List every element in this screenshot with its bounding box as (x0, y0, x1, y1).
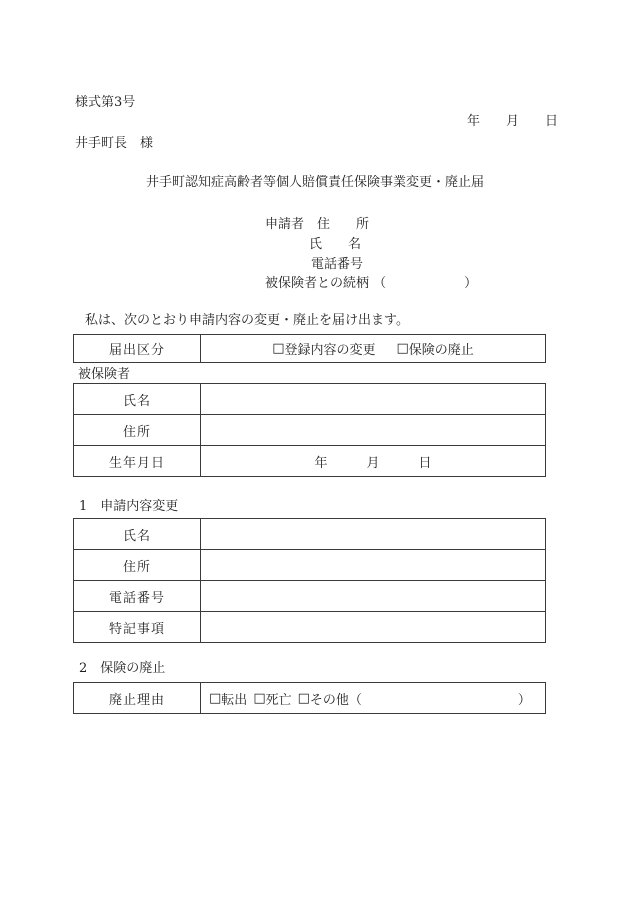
insured-table: 氏名 住所 生年月日 年 月 日 (73, 383, 546, 477)
option-label: 転出 (221, 689, 247, 708)
table-row: 氏名 (74, 384, 545, 414)
option-registration-change: □登録内容の変更 (272, 339, 375, 358)
change-notes-value (201, 612, 545, 642)
checkbox-unchecked-icon: □ (298, 691, 310, 706)
insured-name-label: 氏名 (74, 384, 201, 414)
cancel-reason-label: 廃止理由 (74, 683, 201, 713)
change-address-value (201, 550, 545, 580)
applicant-phone-line: 電話番号 (311, 258, 363, 272)
applicant-name-line: 氏 名 (309, 238, 361, 252)
table-row: 氏名 (74, 519, 545, 549)
insured-birthdate-label: 生年月日 (74, 446, 201, 476)
option-label: 保険の廃止 (409, 339, 474, 358)
option-insurance-cancel: □保険の廃止 (397, 339, 474, 358)
change-address-label: 住所 (74, 550, 201, 580)
option-label: その他（ ） (310, 689, 531, 708)
insured-name-value (201, 384, 545, 414)
table-row: 住所 (74, 549, 545, 580)
table-row: 生年月日 年 月 日 (74, 445, 545, 476)
option-label: 死亡 (266, 689, 292, 708)
insured-birthdate-value: 年 月 日 (201, 446, 545, 476)
form-title: 井手町認知症高齢者等個人賠償責任保険事業変更・廃止届 (0, 176, 630, 190)
change-notes-label: 特記事項 (74, 612, 201, 642)
form-number: 様式第3号 (75, 96, 135, 110)
declaration-statement: 私は、次のとおり申請内容の変更・廃止を届け出ます。 (85, 314, 409, 328)
change-phone-label: 電話番号 (74, 581, 201, 611)
notification-type-table: 届出区分 □登録内容の変更 □保険の廃止 (73, 334, 546, 363)
change-name-value (201, 519, 545, 549)
cancel-section-heading: 2 保険の廃止 (79, 662, 165, 676)
notification-type-label: 届出区分 (74, 335, 201, 362)
applicant-relationship-line: 被保険者との続柄 （ ） (265, 277, 477, 291)
table-row: 届出区分 □登録内容の変更 □保険の廃止 (74, 335, 545, 362)
insured-address-value (201, 415, 545, 445)
option-death: □死亡 (253, 689, 291, 708)
notification-type-options: □登録内容の変更 □保険の廃止 (201, 335, 545, 362)
applicant-address-line: 申請者 住 所 (265, 218, 369, 232)
table-row: 電話番号 (74, 580, 545, 611)
change-phone-value (201, 581, 545, 611)
checkbox-unchecked-icon: □ (272, 341, 284, 356)
checkbox-unchecked-icon: □ (253, 691, 265, 706)
form-page: 様式第3号 年 月 日 井手町長 様 井手町認知症高齢者等個人賠償責任保険事業変… (0, 0, 630, 903)
option-label: 登録内容の変更 (284, 339, 375, 358)
option-move-out: □転出 (209, 689, 247, 708)
insured-address-label: 住所 (74, 415, 201, 445)
issue-date-line: 年 月 日 (467, 115, 558, 129)
cancel-section-table: 廃止理由 □転出 □死亡 □その他（ ） (73, 682, 546, 714)
checkbox-unchecked-icon: □ (397, 341, 409, 356)
addressee: 井手町長 様 (75, 137, 153, 151)
change-name-label: 氏名 (74, 519, 201, 549)
cancel-reason-options: □転出 □死亡 □その他（ ） (201, 683, 545, 713)
option-other: □その他（ ） (298, 689, 531, 708)
checkbox-unchecked-icon: □ (209, 691, 221, 706)
change-section-heading: 1 申請内容変更 (79, 500, 178, 514)
table-row: 特記事項 (74, 611, 545, 642)
insured-heading: 被保険者 (78, 368, 130, 382)
change-section-table: 氏名 住所 電話番号 特記事項 (73, 518, 546, 643)
table-row: 住所 (74, 414, 545, 445)
table-row: 廃止理由 □転出 □死亡 □その他（ ） (74, 683, 545, 713)
